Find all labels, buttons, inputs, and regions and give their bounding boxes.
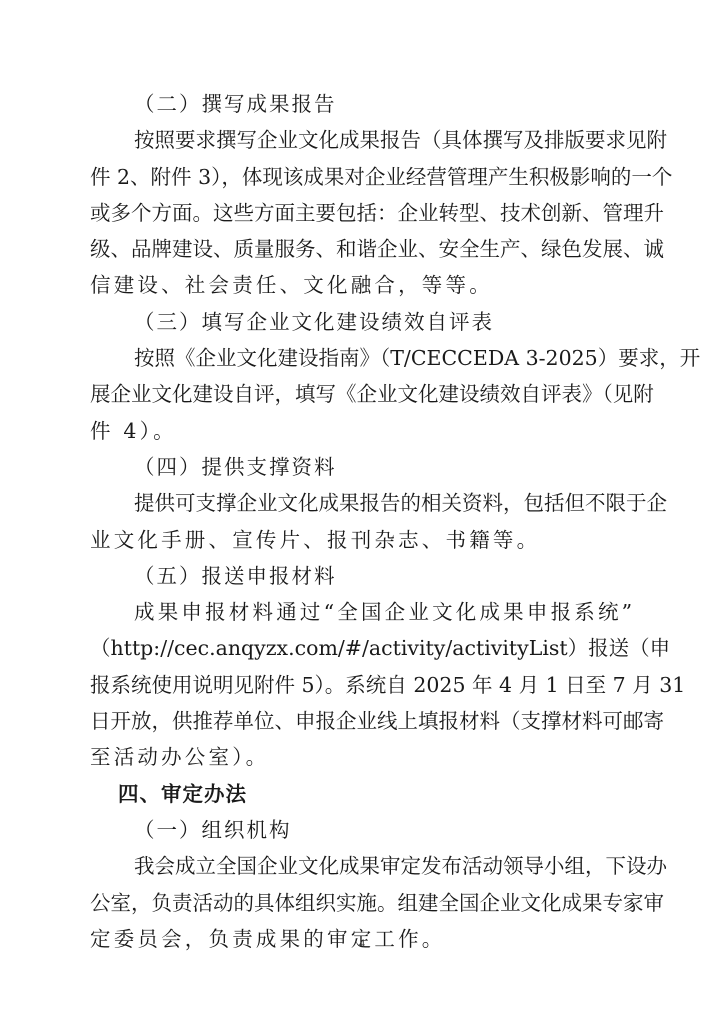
page-number: 4 — [0, 938, 724, 950]
paragraph-line: 报系统使用说明见附件 5）。系统自 2025 年 4 月 1 日至 7 月 31 — [90, 667, 636, 703]
paragraph-line: 提供可支撑企业文化成果报告的相关资料，包括但不限于企 — [90, 485, 636, 521]
paragraph-line: 级、品牌建设、质量服务、和谐企业、安全生产、绿色发展、诚 — [90, 231, 636, 267]
paragraph-line: 或多个方面。这些方面主要包括：企业转型、技术创新、管理升 — [90, 195, 636, 231]
paragraph-line: 业文化手册、宣传片、报刊杂志、书籍等。 — [90, 522, 636, 558]
paragraph-line: 展企业文化建设自评，填写《企业文化建设绩效自评表》（见附 — [90, 376, 636, 412]
paragraph-line: 成果申报材料通过“全国企业文化成果申报系统” — [90, 594, 636, 630]
document-page: （二）撰写成果报告 按照要求撰写企业文化成果报告（具体撰写及排版要求见附 件 2… — [90, 86, 636, 957]
paragraph-line: 按照《企业文化建设指南》（T/CECCEDA 3-2025）要求，开 — [90, 340, 636, 376]
subheading-self-evaluation: （三）填写企业文化建设绩效自评表 — [90, 304, 636, 340]
paragraph-line: 信建设、社会责任、文化融合，等等。 — [90, 267, 636, 303]
paragraph-line: 日开放，供推荐单位、申报企业线上填报材料（支撑材料可邮寄 — [90, 703, 636, 739]
paragraph-line: 至活动办公室）。 — [90, 739, 636, 775]
paragraph-line: 按照要求撰写企业文化成果报告（具体撰写及排版要求见附 — [90, 122, 636, 158]
paragraph-line-url: （http://cec.anqyzx.com/#/activity/activi… — [90, 630, 636, 666]
subheading-supporting-materials: （四）提供支撑资料 — [90, 449, 636, 485]
subheading-submit-materials: （五）报送申报材料 — [90, 558, 636, 594]
paragraph-line: 件 4）。 — [90, 413, 636, 449]
heading-review-method: 四、审定办法 — [90, 776, 636, 812]
subheading-write-report: （二）撰写成果报告 — [90, 86, 636, 122]
paragraph-line: 件 2、附件 3），体现该成果对企业经营管理产生积极影响的一个 — [90, 159, 636, 195]
subheading-organization: （一）组织机构 — [90, 812, 636, 848]
paragraph-line: 公室，负责活动的具体组织实施。组建全国企业文化成果专家审 — [90, 885, 636, 921]
paragraph-line: 我会成立全国企业文化成果审定发布活动领导小组，下设办 — [90, 848, 636, 884]
